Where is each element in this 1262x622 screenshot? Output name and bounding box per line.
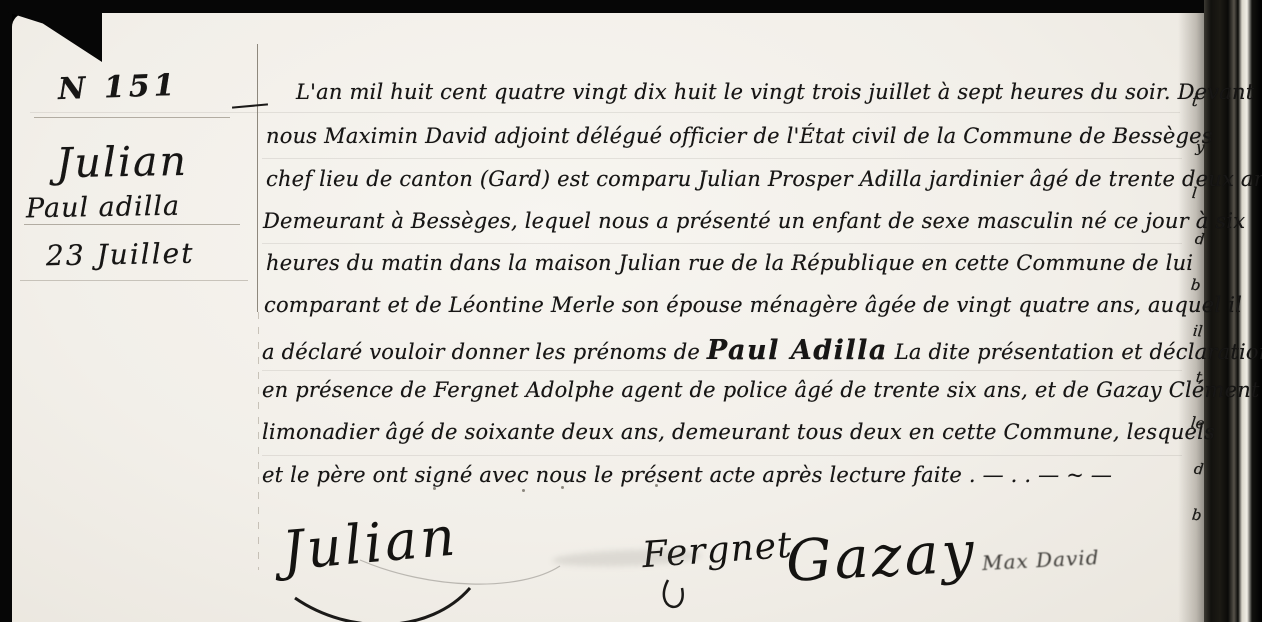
act-text-line-with-name: a déclaré vouloir donner les prénoms de … bbox=[262, 335, 1262, 366]
act-text-line: en présence de Fergnet Adolphe agent de … bbox=[262, 378, 1260, 402]
gutter-ink-fragment: le bbox=[1190, 413, 1205, 432]
act-text-line: L'an mil huit cent quatre vingt dix huit… bbox=[296, 80, 1254, 104]
margin-child-surname: Julian bbox=[56, 137, 189, 187]
scan-border-top bbox=[0, 0, 1262, 13]
margin-date: 23 Juillet bbox=[46, 237, 195, 273]
act-text-line: Demeurant à Bessèges, lequel nous a prés… bbox=[263, 209, 1245, 233]
gutter-ink-fragment: b bbox=[1191, 506, 1202, 525]
act-text-line: et le père ont signé avec nous le présen… bbox=[262, 463, 1112, 487]
gutter-ink-fragment: il bbox=[1192, 322, 1203, 341]
act-text-line: heures du matin dans la maison Julian ru… bbox=[266, 251, 1193, 275]
margin-ruled-line bbox=[20, 280, 248, 281]
scan-border-left bbox=[0, 0, 12, 622]
act-text-line: nous Maximin David adjoint délégué offic… bbox=[266, 124, 1213, 148]
act-text-line: chef lieu de canton (Gard) est comparu J… bbox=[266, 167, 1262, 191]
child-given-names: Paul Adilla bbox=[707, 335, 888, 366]
gutter-ink-fragment: b bbox=[1190, 276, 1201, 295]
line7-pre: a déclaré vouloir donner les prénoms de bbox=[262, 340, 707, 364]
margin-child-firstnames: Paul adilla bbox=[26, 191, 181, 225]
signature-witness2: Gazay bbox=[784, 519, 978, 595]
act-text-line: limonadier âgé de soixante deux ans, dem… bbox=[262, 420, 1215, 444]
margin-ruled-line bbox=[24, 224, 240, 225]
paper-sheet bbox=[12, 13, 1206, 622]
scanned-birth-record: N 151 Julian Paul adilla 23 Juillet L'an… bbox=[0, 0, 1262, 622]
gutter-ink-fragment: d bbox=[1194, 230, 1205, 249]
margin-vertical-rule-faint bbox=[258, 312, 259, 570]
gutter-ink-fragment: d bbox=[1193, 460, 1204, 479]
margin-ruled-line bbox=[34, 117, 230, 118]
act-text-line: comparant et de Léontine Merle son épous… bbox=[264, 293, 1242, 317]
act-number: N 151 bbox=[57, 68, 179, 107]
margin-vertical-rule bbox=[257, 44, 258, 312]
line7-post: La dite présentation et déclaration fait… bbox=[888, 340, 1262, 364]
